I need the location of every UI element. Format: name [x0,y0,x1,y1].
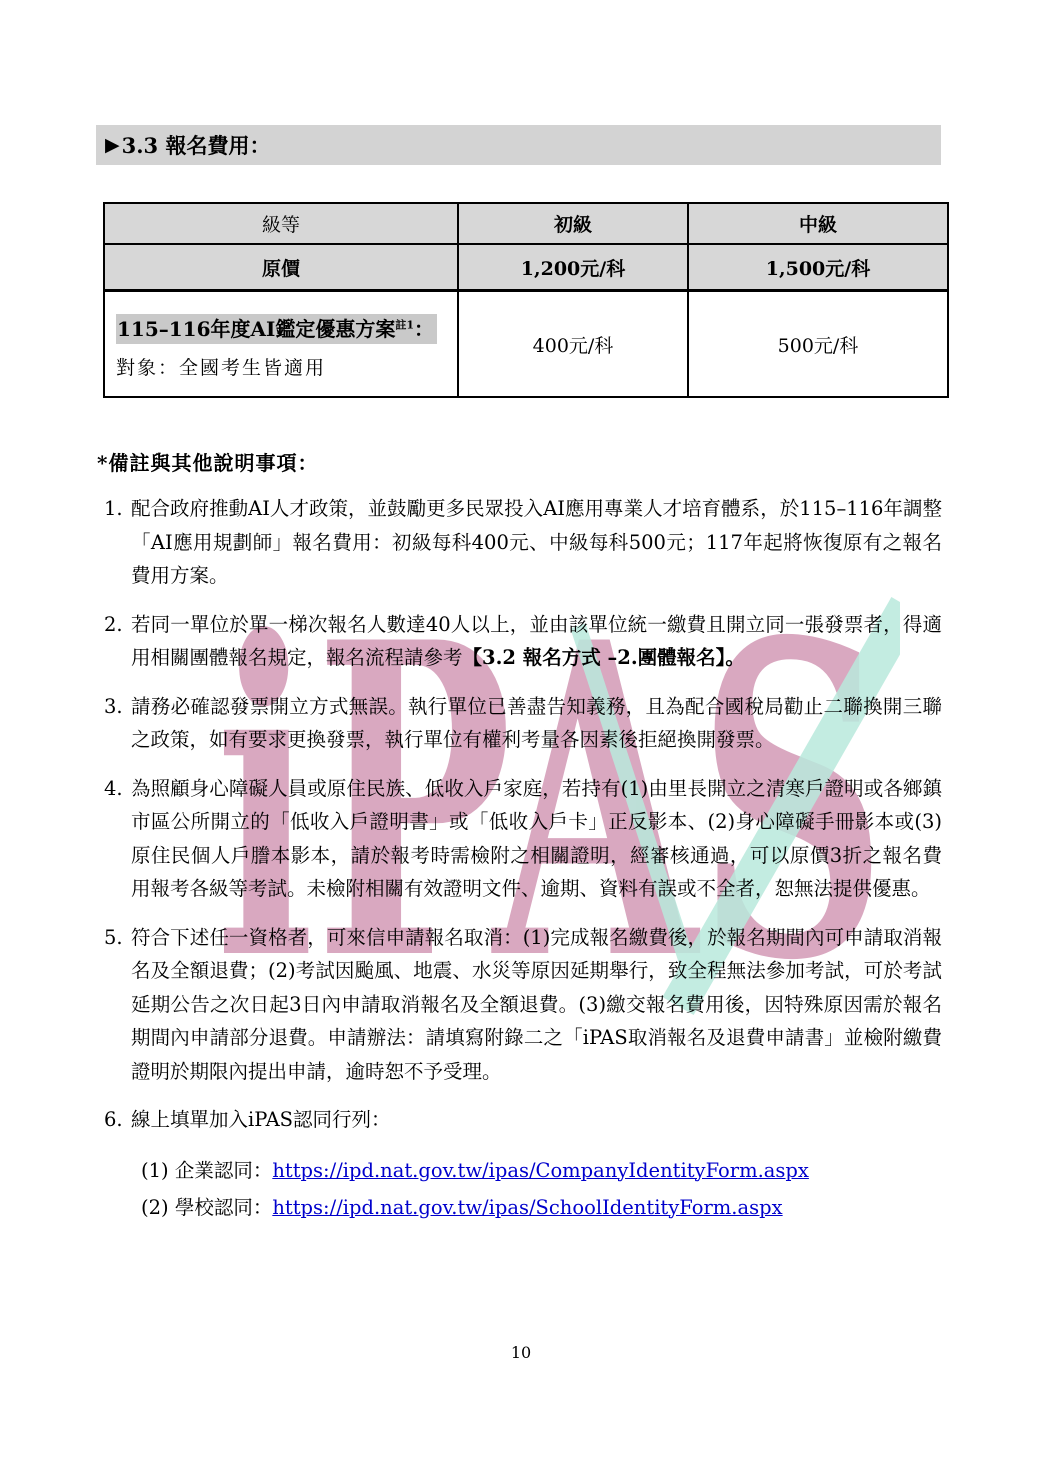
school-identity-line: (2) 學校認同：https://ipd.nat.gov.tw/ipas/Sch… [141,1189,942,1226]
discount-plan-audience: 對象：全國考生皆適用 [116,353,447,380]
note-text: 配合政府推動AI人才政策，並鼓勵更多民眾投入AI應用專業人才培育體系，於115–… [131,492,942,593]
original-price-row: 原價 1,200元/科 1,500元/科 [104,244,948,291]
notes-heading: *備註與其他說明事項： [97,447,318,476]
school-identity-label: (2) 學校認同： [141,1196,272,1219]
page-content: ▶ 3.3 報名費用： 級等 初級 中級 原價 1,200元/科 1,500元/… [0,0,1042,1474]
note-item-1: 1. 配合政府推動AI人才政策，並鼓勵更多民眾投入AI應用專業人才培育體系，於1… [104,492,942,593]
note-item-6: 6. 線上填單加入iPAS認同行列： [104,1103,942,1137]
page-number: 10 [0,1343,1042,1362]
discount-price-junior: 400元/科 [458,291,688,398]
company-identity-label: (1) 企業認同： [141,1159,272,1182]
school-identity-link[interactable]: https://ipd.nat.gov.tw/ipas/SchoolIdenti… [272,1196,782,1219]
note-number: 5. [104,921,131,1089]
original-price-label: 原價 [104,244,458,291]
note-text: 線上填單加入iPAS認同行列： [131,1103,942,1137]
header-cell-intermediate: 中級 [688,203,948,244]
triangle-marker-icon: ▶ [105,136,120,155]
note-item-3: 3. 請務必確認發票開立方式無誤。執行單位已善盡告知義務，且為配合國稅局勸止二聯… [104,690,942,757]
table-header-row: 級等 初級 中級 [104,203,948,244]
header-cell-junior: 初級 [458,203,688,244]
discount-price-intermediate: 500元/科 [688,291,948,398]
note-number: 1. [104,492,131,593]
header-cell-level: 級等 [104,203,458,244]
document-page: iPAS ▶ 3.3 報名費用： 級等 初級 中級 原價 1,200元/科 [0,0,1042,1474]
discount-plan-row: 115–116年度AI鑑定優惠方案註1： 對象：全國考生皆適用 400元/科 5… [104,291,948,398]
footnote-superscript: 註1 [395,318,414,331]
discount-plan-cell: 115–116年度AI鑑定優惠方案註1： 對象：全國考生皆適用 [104,291,458,398]
note-number: 3. [104,690,131,757]
note-number: 6. [104,1103,131,1137]
original-price-intermediate: 1,500元/科 [688,244,948,291]
section-title: 3.3 報名費用： [122,130,271,160]
discount-plan-title: 115–116年度AI鑑定優惠方案註1： [116,313,447,342]
note-text: 若同一單位於單一梯次報名人數達40人以上，並由該單位統一繳費且開立同一張發票者，… [131,608,942,675]
note-text: 請務必確認發票開立方式無誤。執行單位已善盡告知義務，且為配合國稅局勸止二聯換開三… [131,690,942,757]
note-text: 符合下述任一資格者，可來信申請報名取消：(1)完成報名繳費後，於報名期間內可申請… [131,921,942,1089]
section-header-bar: ▶ 3.3 報名費用： [96,125,941,165]
note-number: 4. [104,772,131,906]
note-number: 2. [104,608,131,675]
note-item-4: 4. 為照顧身心障礙人員或原住民族、低收入戶家庭，若持有(1)由里長開立之清寒戶… [104,772,942,906]
note-item-2: 2. 若同一單位於單一梯次報名人數達40人以上，並由該單位統一繳費且開立同一張發… [104,608,942,675]
note-text: 為照顧身心障礙人員或原住民族、低收入戶家庭，若持有(1)由里長開立之清寒戶證明或… [131,772,942,906]
notes-list: 1. 配合政府推動AI人才政策，並鼓勵更多民眾投入AI應用專業人才培育體系，於1… [104,492,942,1226]
note-item-5: 5. 符合下述任一資格者，可來信申請報名取消：(1)完成報名繳費後，於報名期間內… [104,921,942,1089]
company-identity-line: (1) 企業認同：https://ipd.nat.gov.tw/ipas/Com… [141,1152,942,1189]
company-identity-link[interactable]: https://ipd.nat.gov.tw/ipas/CompanyIdent… [272,1159,809,1182]
fee-table: 級等 初級 中級 原價 1,200元/科 1,500元/科 115–116年度A… [103,202,949,398]
original-price-junior: 1,200元/科 [458,244,688,291]
identity-links: (1) 企業認同：https://ipd.nat.gov.tw/ipas/Com… [104,1152,942,1226]
